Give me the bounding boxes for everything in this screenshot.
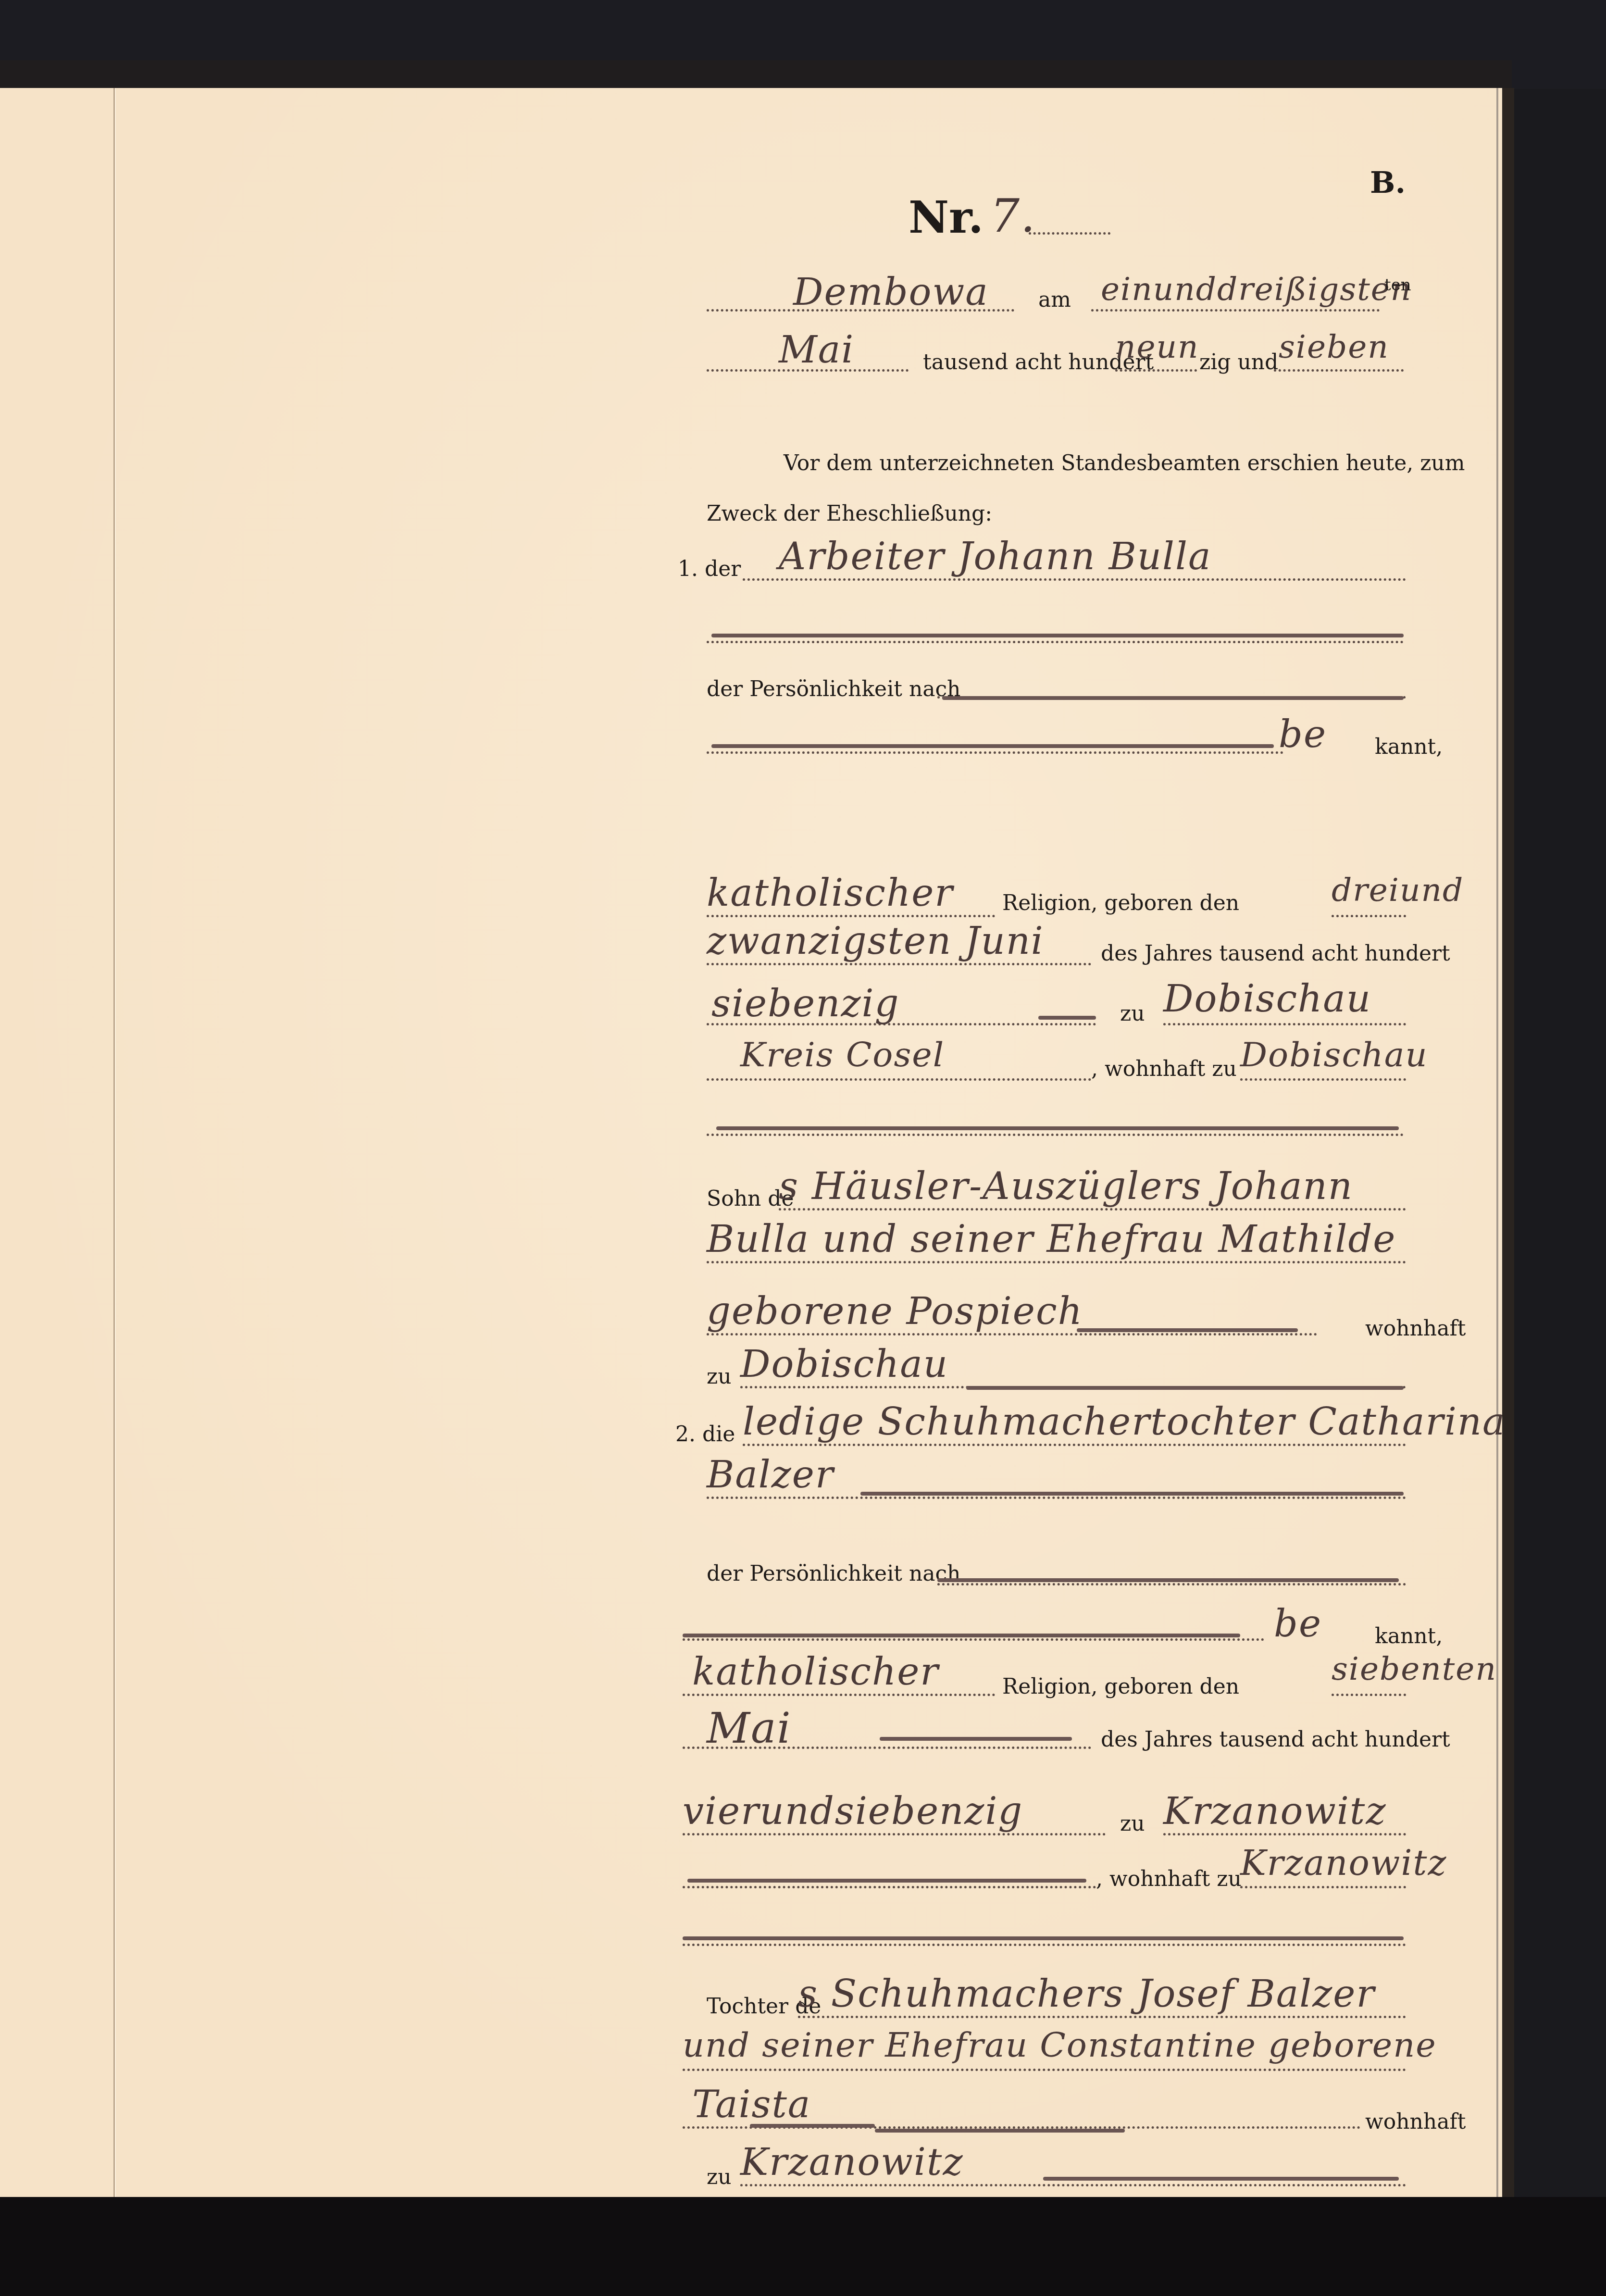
entry-number: 7. — [990, 189, 1036, 243]
bride-parents-zu: zu — [707, 2165, 732, 2189]
entry-number-label: Nr. — [909, 191, 984, 243]
groom-birthplace-line — [1163, 1023, 1406, 1025]
bride-blank-stroke — [683, 1936, 1404, 1940]
bride-index: 2. die — [675, 1422, 735, 1447]
groom-parents-line-3-rule — [707, 1333, 1317, 1335]
bride-parents-residence-stroke — [1043, 2177, 1399, 2181]
bride-religion-label: Religion, geboren den — [1002, 1674, 1239, 1699]
groom-identity-stroke — [942, 696, 1404, 700]
bride-parents-line-2-rule — [683, 2069, 1406, 2071]
bride-parents-residence-label: wohnhaft — [1365, 2109, 1466, 2134]
bride-parents-residence: Krzanowitz — [740, 2141, 964, 2184]
groom-residence: Dobischau — [1240, 1035, 1428, 1074]
groom-known-suffix: kannt, — [1375, 735, 1443, 759]
groom-parents-zu: zu — [707, 1364, 732, 1389]
register-page: B. Nr. 7. Dembowa am einunddreißigsten t… — [0, 88, 1502, 2197]
bride-blank-line — [683, 1944, 1406, 1946]
groom-parents-line-2-rule — [707, 1261, 1406, 1263]
bride-parents-stroke — [750, 2124, 875, 2128]
groom-parents-line-2: Bulla und seiner Ehefrau Mathilde — [707, 1218, 1396, 1261]
bride-known-line — [683, 1638, 1264, 1641]
bride-birth-place: Krzanowitz — [1163, 1790, 1387, 1833]
bride-religion-line — [683, 1694, 995, 1696]
bride-parents-line-1-rule — [798, 2016, 1406, 2018]
groom-parents-line-1: s Häusler-Auszüglers Johann — [779, 1165, 1353, 1208]
groom-parents-line-1 — [779, 1208, 1406, 1210]
bride-name-stroke — [860, 1492, 1404, 1496]
groom-known-stroke — [711, 744, 1274, 748]
unit-line — [1274, 369, 1404, 372]
bride-known-prefix: be — [1274, 1602, 1322, 1646]
groom-name-line — [743, 578, 1406, 581]
year-unit: sieben — [1279, 328, 1389, 365]
decade-line — [1115, 369, 1197, 372]
intro-line-1: Vor dem unterzeichneten Standesbeamten e… — [784, 451, 1465, 475]
month: Mai — [779, 328, 854, 372]
book-spine-edge — [0, 60, 1512, 89]
groom-index: 1. der — [678, 557, 741, 581]
bride-birth-day: siebenten — [1332, 1650, 1497, 1687]
groom-parents-residence-stroke — [966, 1386, 1404, 1390]
page-fold-highlight — [115, 88, 116, 2197]
day-line — [1091, 309, 1380, 312]
bride-year-label: des Jahres tausend acht hundert — [1101, 1727, 1450, 1752]
groom-religion: katholischer — [707, 872, 954, 915]
groom-residence-label: , wohnhaft zu — [1091, 1057, 1237, 1081]
bride-birthday-line — [1332, 1694, 1406, 1696]
groom-religion-label: Religion, geboren den — [1002, 891, 1239, 915]
groom-parents-residence-label: wohnhaft — [1365, 1316, 1466, 1341]
bride-parents-residence-line — [740, 2184, 1406, 2186]
page-right-edge — [1496, 88, 1498, 2197]
bride-religion: katholischer — [692, 1650, 939, 1694]
form-letter: B. — [1370, 165, 1406, 200]
day: einunddreißigsten — [1101, 271, 1412, 308]
bride-parents-stroke-2 — [875, 2129, 1125, 2133]
groom-parents-line-3: geborene Pospiech — [707, 1290, 1083, 1333]
bride-known-stroke — [683, 1634, 1240, 1637]
groom-occupation-name: Arbeiter Johann Bulla — [779, 535, 1211, 578]
groom-birth-day-2: zwanzigsten Juni — [707, 920, 1044, 963]
scanner-background-top — [0, 0, 1606, 89]
bride-parents-line-1: s Schuhmachers Josef Balzer — [798, 1972, 1375, 2016]
groom-birth-day-1: dreiund — [1332, 872, 1464, 909]
groom-residence-line — [1240, 1078, 1406, 1081]
groom-zu-label: zu — [1120, 1001, 1145, 1026]
groom-blank-stroke — [711, 634, 1404, 637]
bride-residence: Krzanowitz — [1240, 1843, 1447, 1883]
groom-year-label: des Jahres tausend acht hundert — [1101, 941, 1450, 966]
groom-religion-line — [707, 915, 995, 917]
bride-parents-line-2: und seiner Ehefrau Constantine geborene — [683, 2025, 1437, 2065]
book-binding-right — [1502, 88, 1514, 2197]
bride-identity-stroke — [937, 1578, 1399, 1582]
groom-parents-stroke — [1077, 1328, 1298, 1332]
bride-birthmonth-stroke — [880, 1737, 1072, 1741]
bride-birthyear-line — [683, 1833, 1106, 1835]
groom-blank-stroke-2 — [716, 1126, 1399, 1130]
scanner-background-bottom — [0, 2197, 1606, 2296]
bride-residence-line — [1240, 1886, 1406, 1888]
bride-district-line — [683, 1886, 1096, 1888]
bride-residence-label: , wohnhaft zu — [1096, 1867, 1242, 1891]
entry-number-line — [1029, 232, 1110, 235]
bride-identity-label: der Persönlichkeit nach — [707, 1561, 960, 1586]
groom-blank-line-2 — [707, 1134, 1404, 1136]
groom-district-line — [707, 1078, 1091, 1081]
bride-parents-line-3: Taista — [692, 2083, 811, 2126]
groom-birthmonth-line — [707, 963, 1091, 965]
groom-birthyear-stroke — [1038, 1016, 1096, 1020]
bride-occupation-name-1: ledige Schuhmachertochter Catharina — [743, 1400, 1506, 1444]
groom-birth-place: Dobischau — [1163, 977, 1371, 1021]
bride-birth-year: vierundsiebenzig — [683, 1790, 1023, 1833]
groom-known-line — [707, 751, 1283, 754]
groom-birth-year: siebenzig — [711, 982, 899, 1025]
groom-parents-residence: Dobischau — [740, 1343, 948, 1386]
groom-birthday-line — [1332, 915, 1406, 917]
intro-line-2: Zweck der Eheschließung: — [707, 501, 992, 526]
bride-zu-label: zu — [1120, 1811, 1145, 1836]
year-decade: neun — [1115, 328, 1199, 365]
bride-identity-line — [937, 1583, 1406, 1585]
place: Dembowa — [793, 271, 989, 314]
groom-identity-label: der Persönlichkeit nach — [707, 677, 960, 701]
bride-birthplace-line — [1163, 1833, 1406, 1835]
am-label: am — [1038, 287, 1071, 312]
year-middle: zig und — [1199, 350, 1278, 374]
day-suffix: ten — [1384, 275, 1411, 295]
bride-name-line-1 — [743, 1444, 1406, 1446]
bride-district-stroke — [687, 1879, 1086, 1883]
groom-district: Kreis Cosel — [740, 1035, 945, 1074]
groom-known-prefix: be — [1279, 713, 1327, 756]
bride-occupation-name-2: Balzer — [707, 1453, 834, 1497]
bride-birth-month: Mai — [707, 1703, 792, 1753]
bride-name-line-2 — [707, 1497, 1406, 1499]
groom-blank-line — [707, 641, 1404, 643]
bride-known-suffix: kannt, — [1375, 1624, 1443, 1648]
